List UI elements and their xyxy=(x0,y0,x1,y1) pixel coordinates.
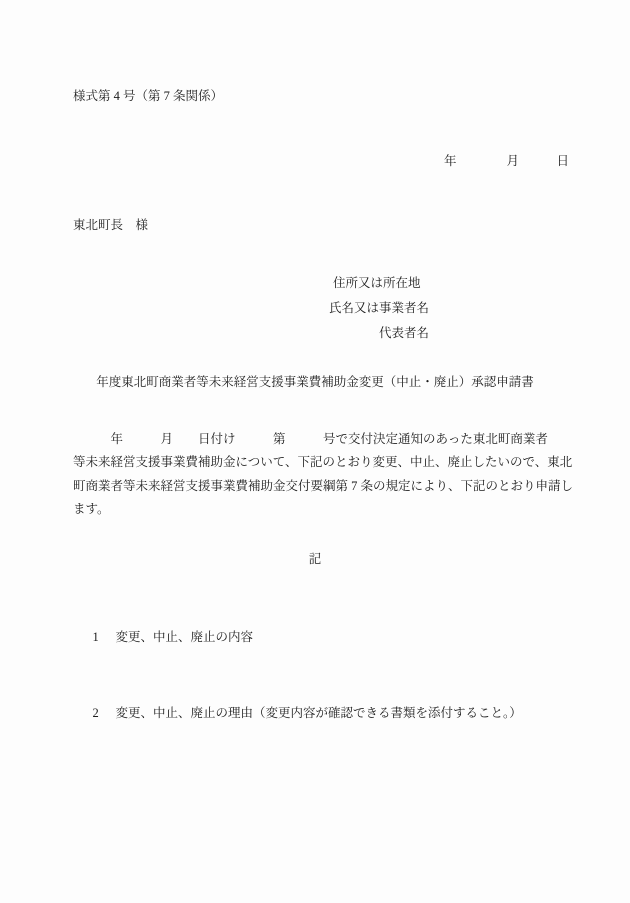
list-item-2-number: 2 xyxy=(93,706,116,721)
applicant-representative-label: 代表者名 xyxy=(379,326,429,341)
body-paragraph-line-4: ます。 xyxy=(73,502,110,517)
applicant-name-label: 氏名又は事業者名 xyxy=(329,301,429,316)
record-marker: 記 xyxy=(0,552,630,567)
applicant-address-label: 住所又は所在地 xyxy=(333,276,421,291)
date-fill-in-line: 年 月 日 xyxy=(444,154,569,169)
form-number: 様式第 4 号（第 7 条関係） xyxy=(73,89,223,104)
list-item-2: 2変更、中止、廃止の理由（変更内容が確認できる書類を添付すること。） xyxy=(80,691,522,736)
body-paragraph-line-3: 町商業者等未来経営支援事業費補助金交付要綱第 7 条の規定により、下記のとおり申… xyxy=(73,479,573,494)
document-page: 様式第 4 号（第 7 条関係） 年 月 日 東北町長 様 住所又は所在地 氏名… xyxy=(0,0,630,903)
list-item-1-number: 1 xyxy=(93,630,116,645)
body-paragraph-line-2: 等未来経営支援事業費補助金について、下記のとおり変更、中止、廃止したいので、東北 xyxy=(73,455,572,470)
list-item-2-label: 変更、中止、廃止の理由（変更内容が確認できる書類を添付すること。） xyxy=(116,706,522,720)
body-paragraph-line-1: 年 月 日付け 第 号で交付決定通知のあった東北町商業者 xyxy=(73,432,548,447)
list-item-1-label: 変更、中止、廃止の内容 xyxy=(116,630,254,644)
document-title: 年度東北町商業者等未来経営支援事業費補助金変更（中止・廃止）承認申請書 xyxy=(0,375,630,390)
addressee: 東北町長 様 xyxy=(73,218,148,233)
list-item-1: 1変更、中止、廃止の内容 xyxy=(80,615,253,660)
